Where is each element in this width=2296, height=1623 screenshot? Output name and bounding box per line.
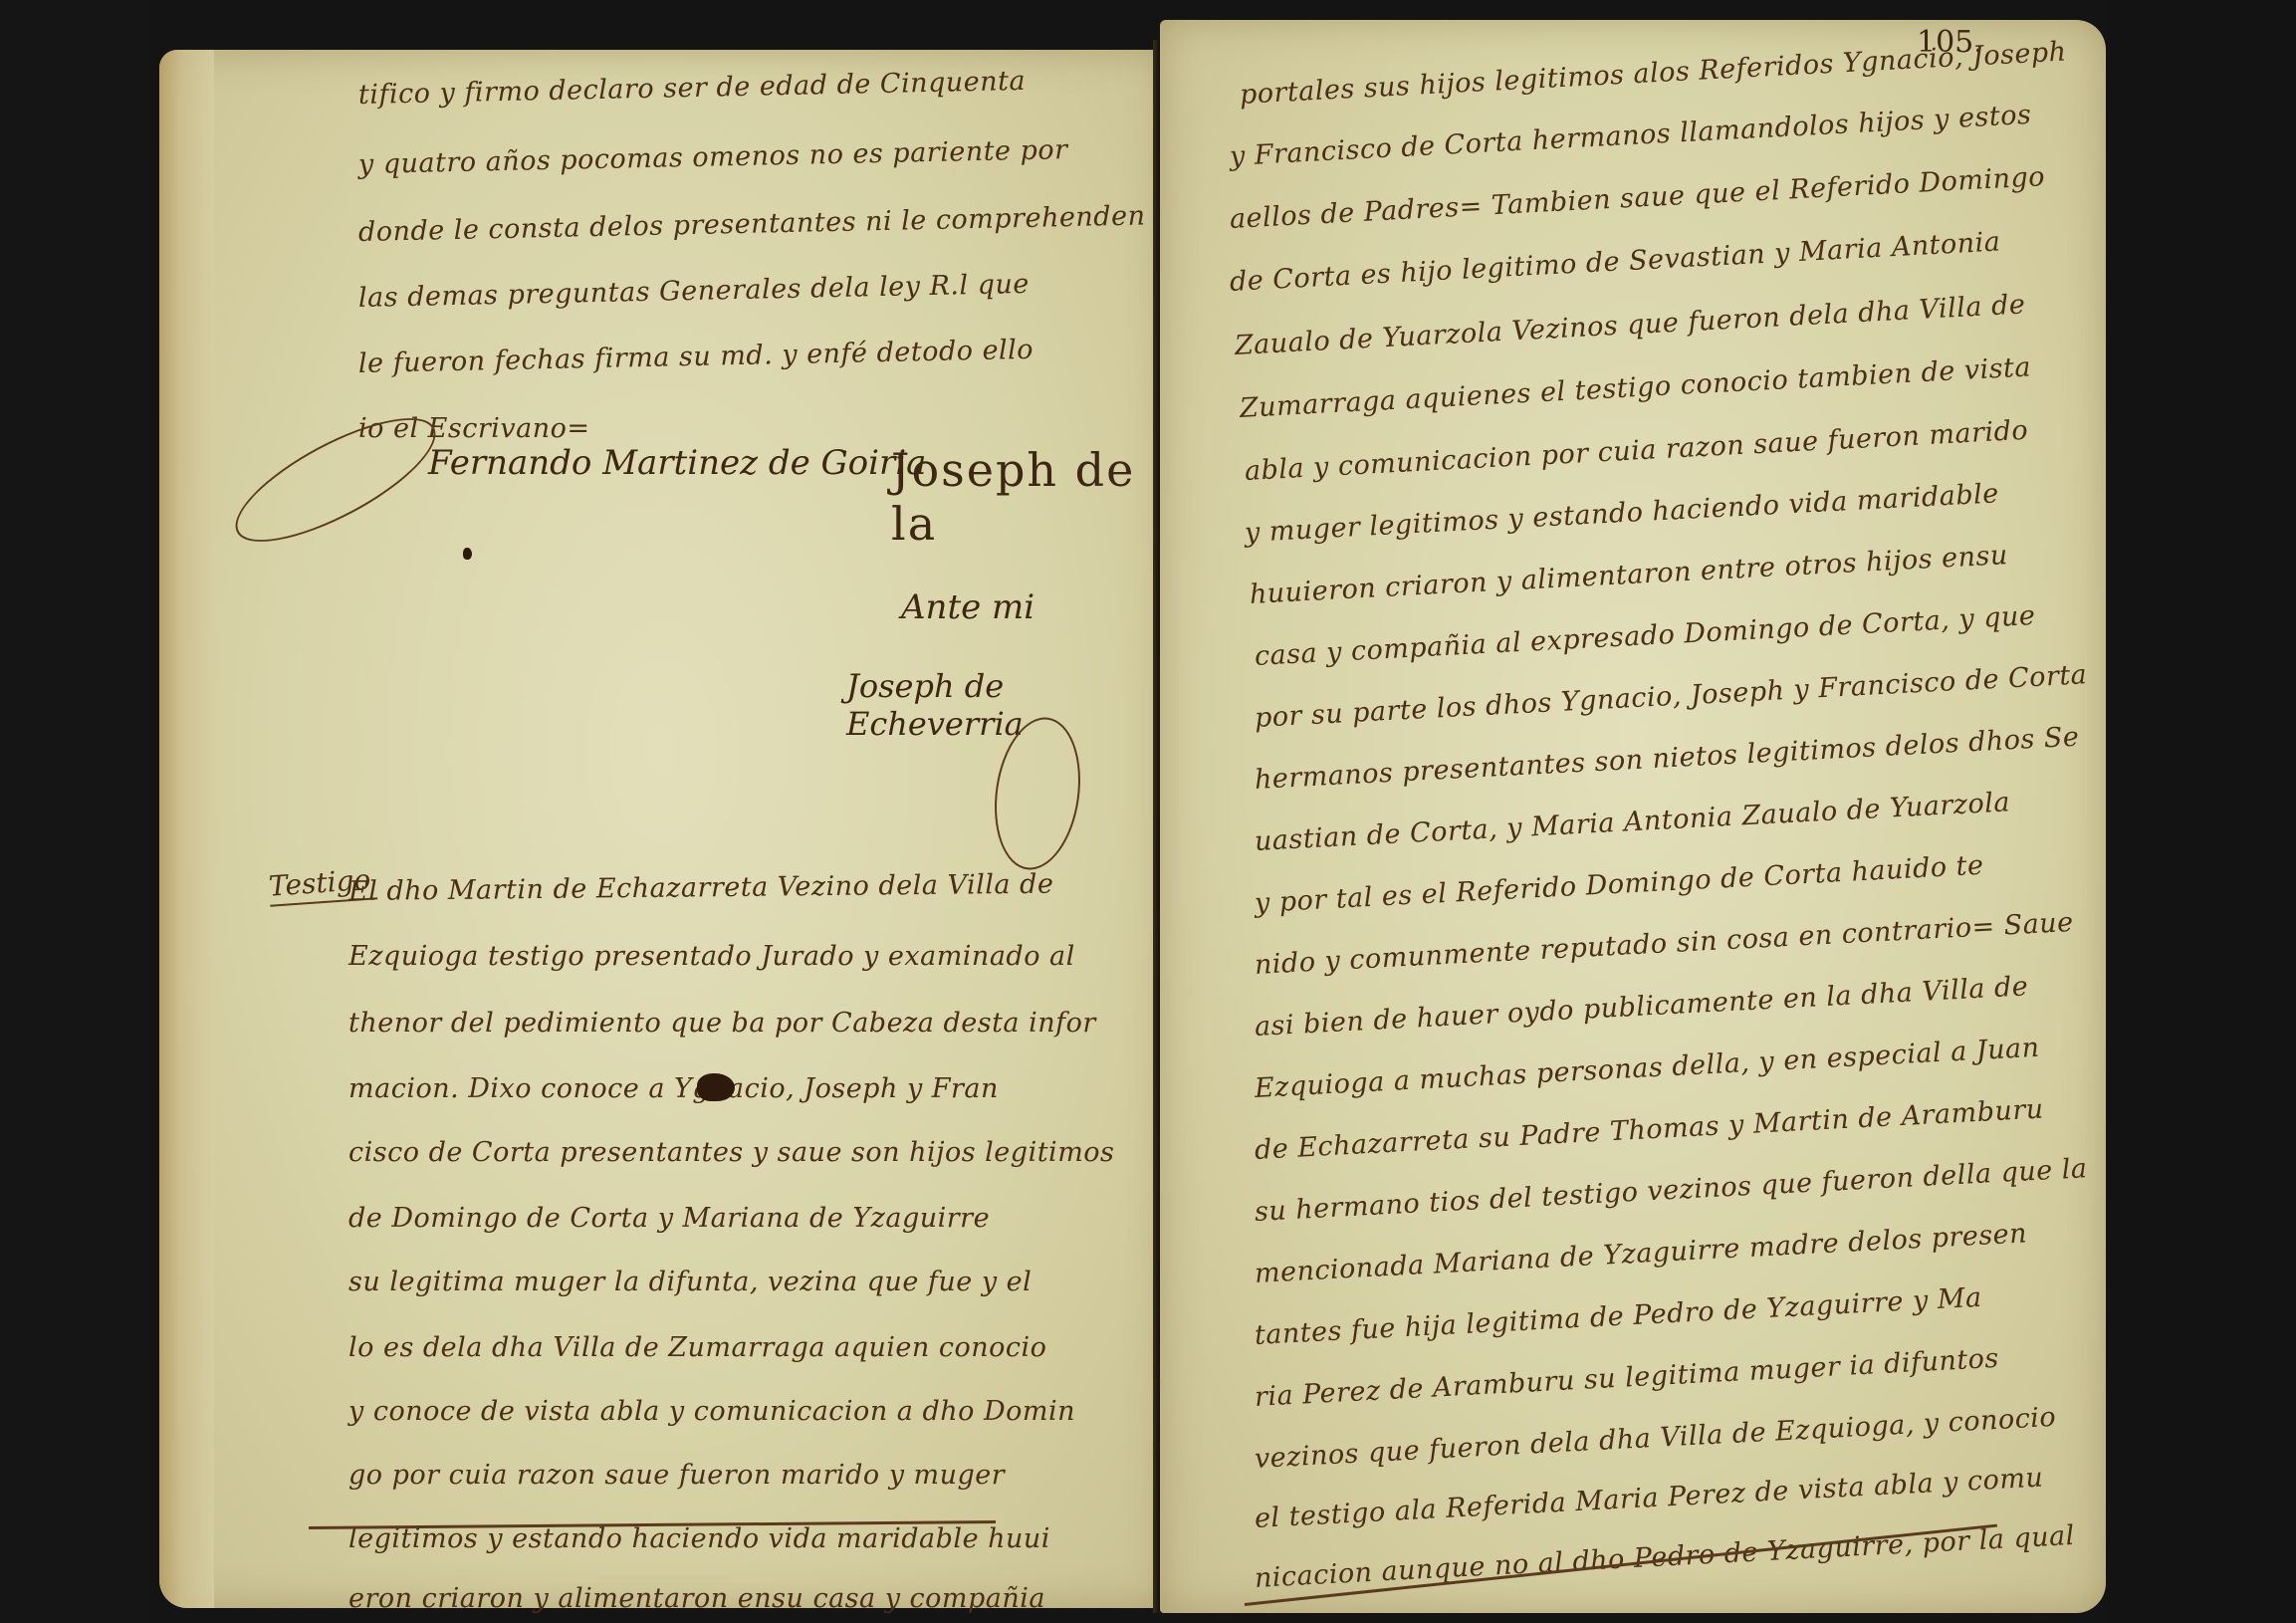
- left-page: tifico y firmo declaro ser de edad de Ci…: [159, 50, 1167, 1608]
- text-line: eron criaron y alimentaron ensu casa y c…: [348, 1583, 1045, 1614]
- text-line: por su parte los dhos Ygnacio, Joseph y …: [1254, 659, 2088, 734]
- text-line: de Echazarreta su Padre Thomas y Martin …: [1254, 1093, 2044, 1165]
- signature-flourish: [220, 395, 452, 565]
- text-line: macion. Dixo conoce a Ygnacio, Joseph y …: [348, 1073, 999, 1104]
- text-line: tantes fue hija legitima de Pedro de Yza…: [1254, 1282, 1982, 1351]
- text-line: casa y compañia al expresado Domingo de …: [1254, 600, 2036, 672]
- text-line: el testigo ala Referida Maria Perez de v…: [1254, 1463, 2044, 1534]
- ink-blot: [697, 1073, 735, 1101]
- text-line: nido y comunmente reputado sin cosa en c…: [1254, 907, 2074, 981]
- text-line: El dho Martin de Echazarreta Vezino dela…: [348, 869, 1054, 907]
- text-line: aellos de Padres= Tambien saue que el Re…: [1229, 161, 2045, 235]
- scan-background-left: [0, 0, 149, 1623]
- text-line: hermanos presentantes son nietos legitim…: [1254, 722, 2080, 796]
- right-page: 105. portales sus hijos legitimos alos R…: [1160, 20, 2106, 1613]
- text-line: y conoce de vista abla y comunicacion a …: [348, 1396, 1075, 1427]
- text-line: de Corta es hijo legitimo de Sevastian y…: [1229, 226, 2001, 298]
- text-line: mencionada Mariana de Yzaguirre madre de…: [1254, 1218, 2028, 1289]
- text-line: su legitima muger la difunta, vezina que…: [348, 1267, 1032, 1297]
- text-line: asi bien de hauer oydo publicamente en l…: [1254, 971, 2029, 1043]
- signature-notary: Joseph de Echeverria: [846, 667, 1167, 743]
- text-line: cisco de Corta presentantes y saue son h…: [348, 1137, 1114, 1168]
- text-line: Ezquioga testigo presentado Jurado y exa…: [348, 941, 1075, 972]
- signature-witness: Fernando Martinez de Goiria: [428, 443, 926, 483]
- text-line: tifico y firmo declaro ser de edad de Ci…: [358, 66, 1027, 111]
- text-line: portales sus hijos legitimos alos Referi…: [1239, 36, 2067, 110]
- signature-joseph: Joseph de la: [891, 443, 1167, 551]
- text-line: lo es dela dha Villa de Zumarraga aquien…: [348, 1332, 1046, 1363]
- text-line: donde le consta delos presentantes ni le…: [358, 200, 1146, 248]
- text-line: le fueron fechas firma su md. y enfé det…: [358, 335, 1034, 379]
- text-line: de Domingo de Corta y Mariana de Yzaguir…: [348, 1203, 990, 1234]
- text-line: abla y comunicacion por cuia razon saue …: [1244, 415, 2029, 487]
- manuscript-spread: tifico y firmo declaro ser de edad de Ci…: [149, 20, 2111, 1618]
- scan-background-right: [2107, 0, 2296, 1623]
- signature-ante-mi: Ante mi: [901, 587, 1034, 627]
- text-line: Zumarraga aquienes el testigo conocio ta…: [1239, 351, 2032, 424]
- text-line: Zaualo de Yuarzola Vezinos que fueron de…: [1234, 289, 2026, 361]
- ink-blot: [463, 548, 472, 560]
- text-line: vezinos que fueron dela dha Villa de Ezq…: [1254, 1402, 2057, 1475]
- text-line: uastian de Corta, y Maria Antonia Zaualo…: [1254, 787, 2011, 857]
- text-line: y Francisco de Corta hermanos llamandolo…: [1229, 100, 2032, 172]
- text-line: y por tal es el Referido Domingo de Cort…: [1254, 850, 1984, 919]
- text-line: Ezquioga a muchas personas della, y en e…: [1254, 1033, 2040, 1104]
- text-line: su hermano tios del testigo vezinos que …: [1254, 1153, 2088, 1228]
- text-line: ria Perez de Aramburu su legitima muger …: [1254, 1343, 1999, 1413]
- text-line: go por cuia razon saue fueron marido y m…: [348, 1460, 1005, 1491]
- text-line: y muger legitimos y estando haciendo vid…: [1244, 478, 1999, 549]
- text-line: las demas preguntas Generales dela ley R…: [358, 269, 1030, 314]
- text-line: y quatro años pocomas omenos no es parie…: [358, 134, 1068, 180]
- text-line: huuieron criaron y alimentaron entre otr…: [1249, 540, 2008, 610]
- text-line: thenor del pedimiento que ba por Cabeza …: [348, 1008, 1096, 1039]
